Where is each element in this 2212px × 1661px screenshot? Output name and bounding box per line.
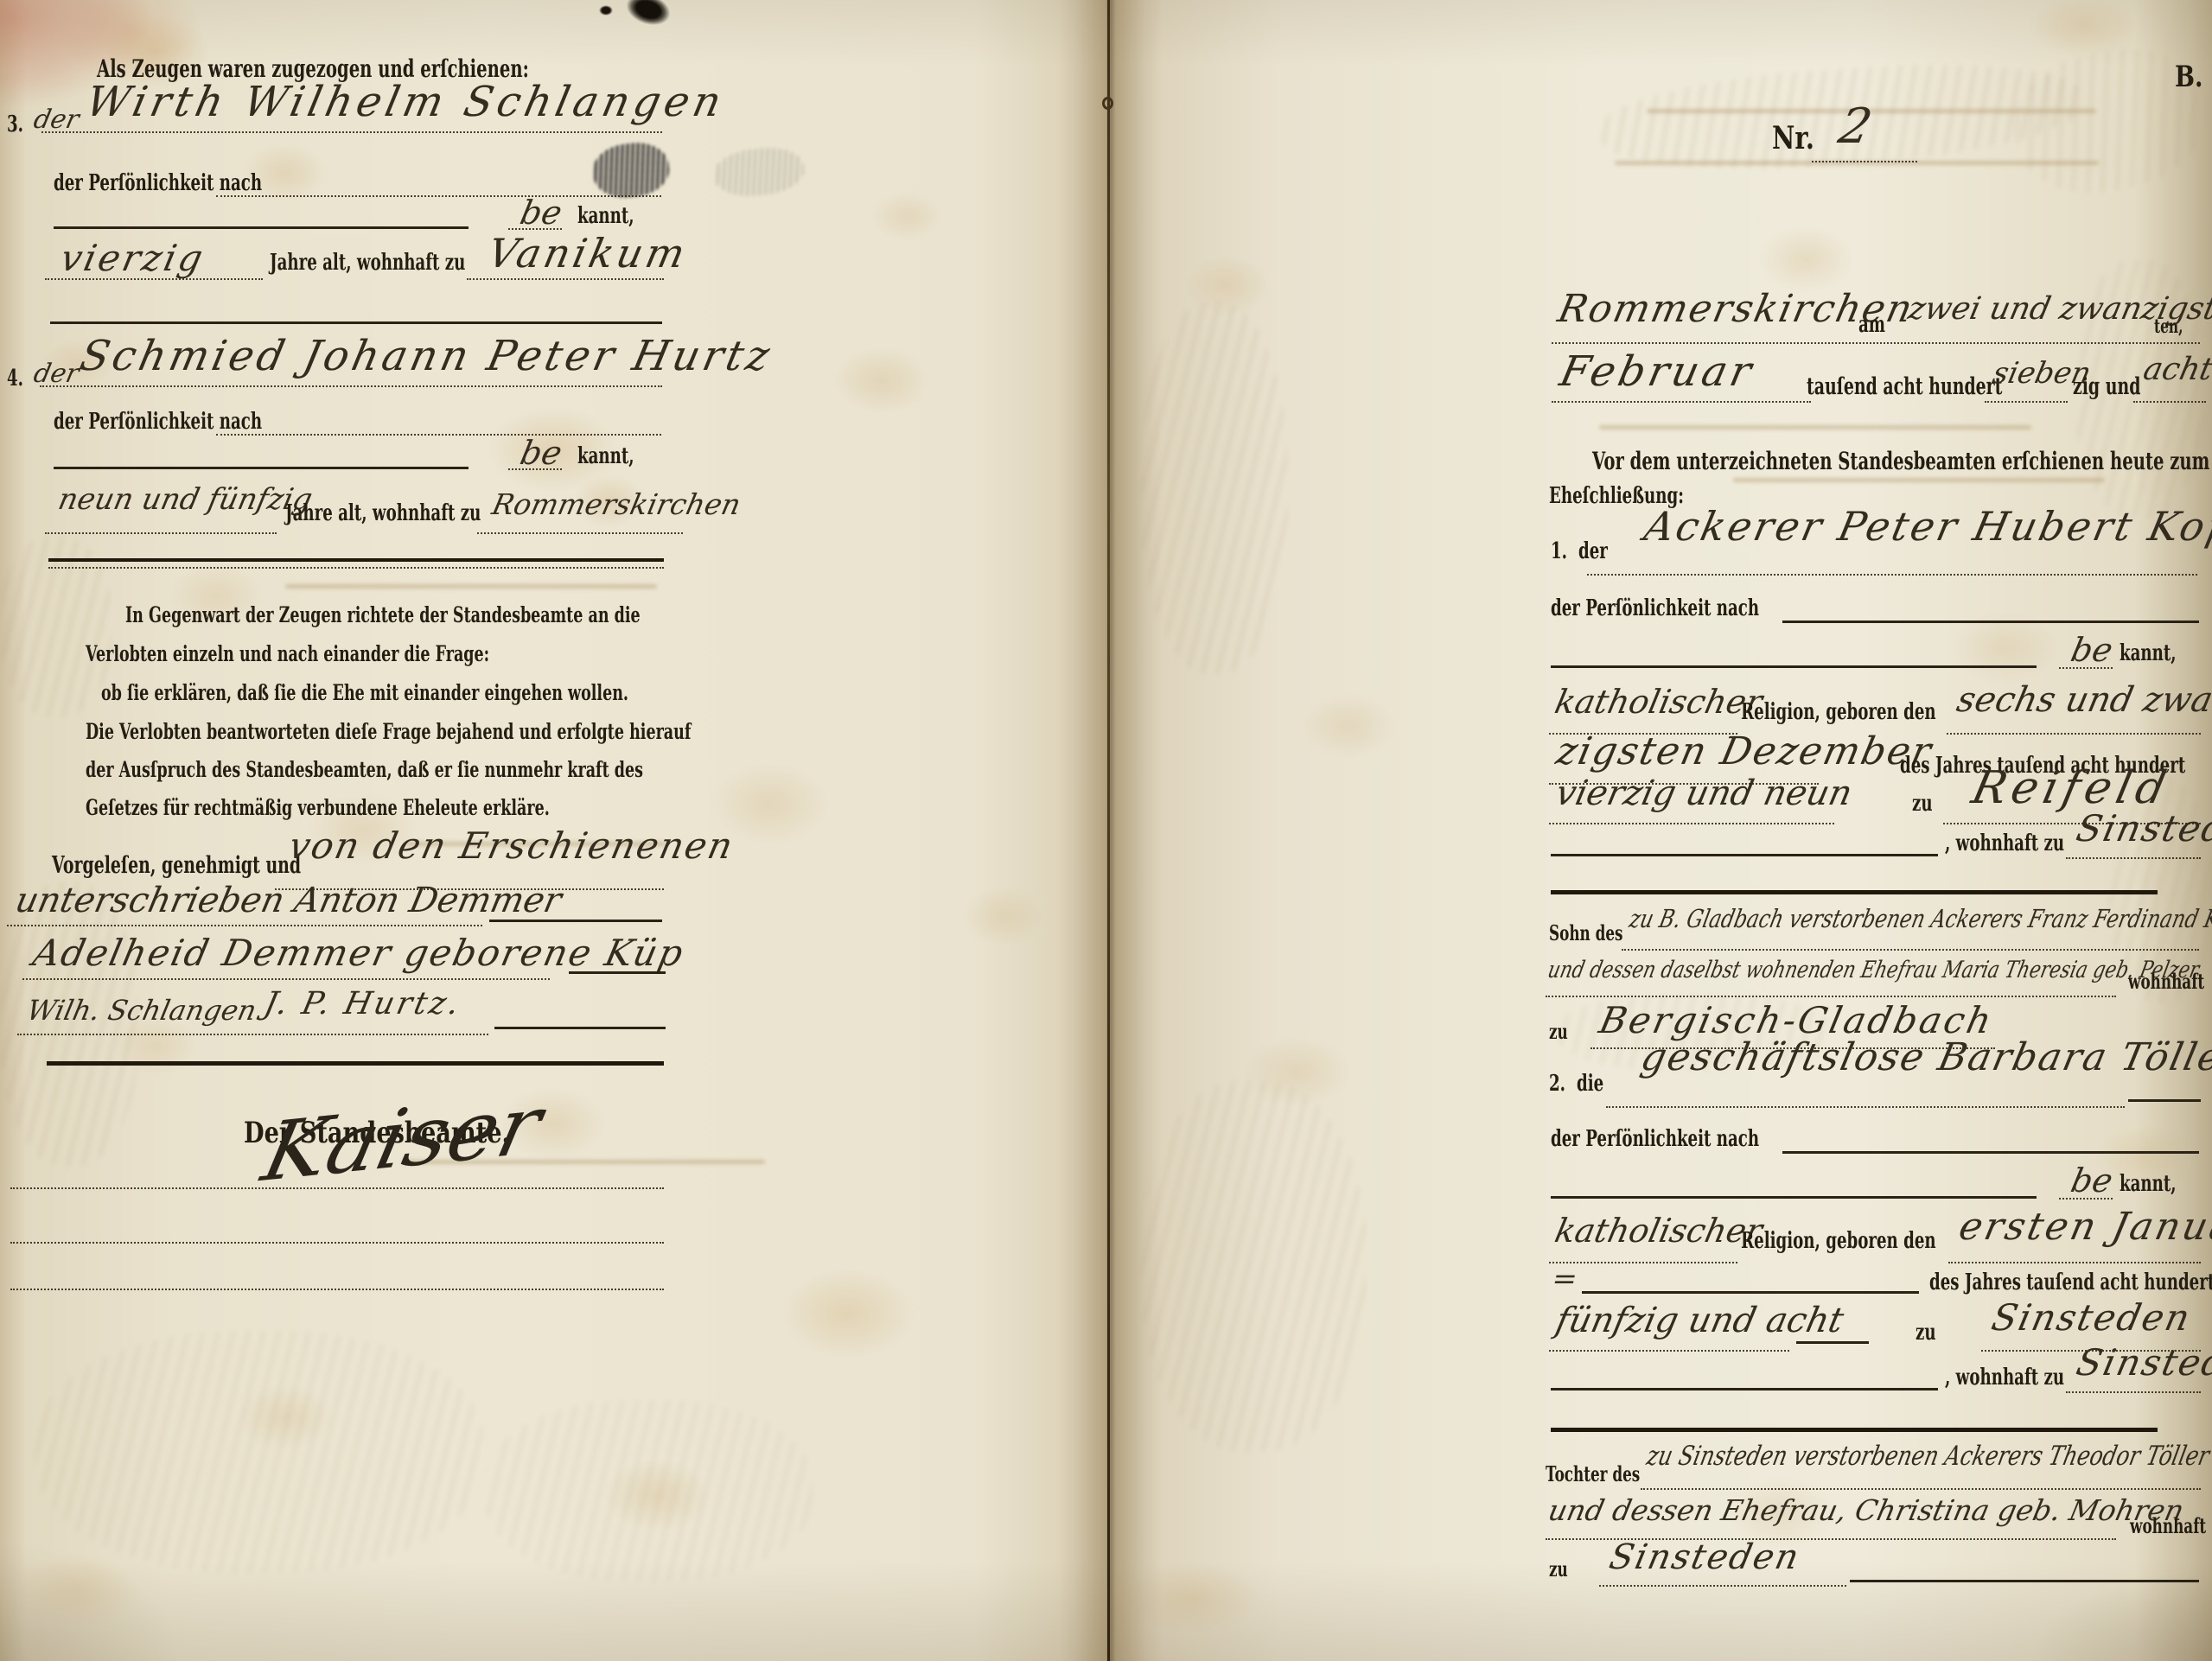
fill-line [2133, 401, 2206, 403]
witness-4-name: Schmied Johann Peter Hurtz [76, 334, 777, 379]
fill-line [1587, 574, 2197, 576]
fill-line [216, 195, 661, 197]
fill-line [7, 925, 482, 926]
bride-kannt: kannt, [2120, 1172, 2177, 1198]
closing-printed: Vorgeleſen, genehmigt und [52, 852, 301, 879]
groom-zu-label: zu [1912, 792, 1933, 818]
bride-lineage-line-2: und dessen Ehefrau, Christina geb. Mohre… [1546, 1495, 2187, 1526]
declaration-line: der Ausſpruch des Standesbeamten, daß er… [86, 758, 643, 783]
bleedthrough-ghost [484, 1400, 813, 1581]
bride-religion-label: Religion, geboren den [1741, 1229, 1936, 1255]
binding-thread [1107, 0, 1110, 1661]
bride-wohnhaft-label: wohnhaft [2130, 1514, 2206, 1538]
fill-line [10, 1187, 664, 1189]
witness-3-be: be [517, 195, 565, 232]
witness-3-name: Wirth Wilhelm Schlangen [82, 80, 730, 125]
groom-birth-day-1: sechs und zwan- [1954, 681, 2212, 719]
witness-4-identity-label: der Perſönlichkeit nach [54, 410, 262, 436]
am-label: am [1858, 313, 1885, 339]
groom-lineage-line-2: und dessen daselbst wohnenden Ehefrau Ma… [1546, 958, 2202, 983]
witness-3-residence: Vanikum [484, 232, 692, 276]
bride-article: die [1577, 1072, 1603, 1098]
groom-residence: Sinsteden [2073, 809, 2212, 849]
fill-line [1985, 401, 2068, 403]
fill-line [2066, 857, 2201, 859]
fill-line [1546, 996, 2116, 997]
declaration-line: Geſetzes für rechtmäßig verbundene Ehele… [86, 796, 550, 821]
zig-und-label: zig und [2073, 373, 2140, 400]
bride-birth-year-label: des Jahres tauſend acht hundert [1929, 1270, 2212, 1296]
fill-line [2059, 667, 2113, 669]
signature-wilh-schlangen: Wilh. Schlangen [24, 996, 259, 1026]
declaration-line: In Gegenwart der Zeugen richtete der Sta… [125, 603, 641, 628]
bleedthrough-line [1599, 425, 2031, 430]
section-rule [1551, 890, 2158, 894]
binding-thread-knot [1102, 97, 1113, 110]
blank-line [2128, 1099, 2201, 1102]
groom-article: der [1578, 539, 1608, 565]
fill-line [1812, 161, 1917, 162]
closing-handwritten: von den Erschienenen [285, 826, 737, 866]
fill-line [467, 278, 664, 280]
groom-identity-label: der Perſönlichkeit nach [1551, 596, 1759, 622]
witness-4-age: neun und fünfzig [55, 484, 315, 516]
blank-line [1850, 1580, 2199, 1582]
groom-birth-place: Reifeld [1967, 764, 2176, 813]
witness-3-age-residence-label: Jahre alt, wohnhaft zu [270, 251, 465, 277]
groom-residence-label: , wohnhaft zu [1945, 831, 2064, 857]
witness-3-age: vierzig [57, 239, 208, 278]
groom-number: 1. [1551, 539, 1567, 565]
bleedthrough-ghost [1141, 1080, 1366, 1452]
fill-line [1549, 823, 1834, 824]
blank-line [1551, 665, 2037, 668]
fill-line [45, 532, 277, 534]
fill-line [2066, 1391, 2201, 1393]
witness-3-kannt: kannt, [577, 204, 634, 230]
signature-jp-hurtz: J. P. Hurtz. [261, 987, 464, 1021]
filler-dash [1796, 1341, 1869, 1344]
fill-line [2059, 1198, 2113, 1200]
bride-residence: Sinsteden [2073, 1343, 2212, 1383]
fill-line [1606, 1106, 2125, 1108]
bride-name: geschäftslose Barbara Töller [1637, 1037, 2212, 1079]
fill-line [1552, 401, 1811, 403]
witness-4-residence: Rommerskirchen [489, 489, 743, 520]
declaration-line: ob ſie erklären, daß ſie die Ehe mit ein… [101, 681, 628, 706]
declaration-line: Verlobten einzeln und nach einander die … [86, 642, 489, 667]
groom-wohnhaft-label: wohnhaft [2128, 970, 2204, 994]
blank-line [1551, 854, 1938, 856]
groom-religion-label: Religion, geboren den [1741, 700, 1936, 726]
page-corner-label: B. [2175, 60, 2202, 94]
blank-line [494, 1027, 666, 1029]
declaration-line: Die Verlobten beantworteten dieſe Frage … [86, 720, 691, 745]
bride-residence-label: , wohnhaft zu [1945, 1365, 2064, 1391]
witness-4-be: be [517, 436, 565, 472]
bride-be: be [2068, 1163, 2116, 1200]
bride-number: 2. [1549, 1072, 1565, 1098]
bride-zu-label-2: zu [1549, 1557, 1568, 1581]
bleedthrough-ghost [0, 536, 112, 717]
section-rule [48, 558, 664, 562]
bleedthrough-ghost [1141, 302, 1288, 674]
bleedthrough-line [285, 584, 657, 589]
groom-lineage-label: Sohn des [1549, 921, 1623, 945]
fill-line [1552, 342, 2200, 344]
ink-smudge-echo [711, 144, 806, 200]
ink-blot [622, 0, 674, 30]
record-number-label: Nr. [1772, 121, 1814, 156]
fill-line [1947, 733, 2201, 735]
blank-line [54, 467, 469, 469]
groom-birth-year: vierzig und neun [1552, 774, 1856, 812]
book-gutter-shadow [1059, 0, 1163, 1661]
bleedthrough-line [1733, 478, 2105, 482]
blank-line [1582, 1291, 1919, 1294]
bride-parents-residence: Sinsteden [1606, 1538, 1804, 1576]
blank-line [569, 971, 666, 974]
closing-rule [47, 1061, 664, 1066]
groom-name: Ackerer Peter Hubert Kops [1641, 505, 2212, 549]
year-ones: acht [2140, 353, 2212, 387]
witness-4-article: der [31, 360, 81, 388]
fill-line [10, 1242, 664, 1244]
ink-smudge [590, 139, 673, 201]
bride-religion: katholischer [1552, 1213, 1765, 1250]
bride-identity-label: der Perſönlichkeit nach [1551, 1127, 1759, 1153]
groom-be: be [2068, 633, 2116, 669]
ten-label: ten, [2154, 316, 2183, 338]
ink-speck [599, 5, 613, 16]
fill-line [1549, 1350, 1789, 1352]
bride-zu-label: zu [1916, 1321, 1936, 1346]
fill-line [48, 567, 664, 569]
groom-religion: katholischer [1552, 684, 1765, 721]
fill-line [508, 468, 562, 470]
record-month: Februar [1556, 349, 1758, 395]
witness-3-identity-label: der Perſönlichkeit nach [54, 171, 262, 197]
fill-line [40, 385, 662, 387]
fill-line [477, 532, 683, 534]
section-rule [1551, 1428, 2158, 1432]
fill-line [1622, 949, 2199, 951]
fill-line [1641, 1488, 2201, 1490]
blank-line [1551, 1388, 1938, 1391]
blank-line [1782, 620, 2199, 623]
appearance-intro: Vor dem unterzeichneten Standesbeamten e… [1592, 448, 2212, 475]
registrar-signature: Kaiser [255, 1080, 549, 1198]
blank-line [1782, 1151, 2199, 1154]
blank-line [50, 321, 662, 324]
fill-line [216, 434, 661, 436]
fill-line [45, 278, 263, 280]
fill-line [10, 1289, 664, 1290]
blank-line [54, 226, 469, 229]
groom-zu-label-2: zu [1549, 1020, 1568, 1044]
witness-4-number: 4. [7, 366, 23, 392]
fill-line [17, 1034, 488, 1035]
bride-lineage-label: Tochter des [1546, 1462, 1640, 1486]
fill-line [1948, 1262, 2201, 1263]
bride-filler-mark: = [1549, 1263, 1580, 1295]
year-printed-label: tauſend acht hundert [1807, 373, 2002, 400]
fill-line [1599, 1585, 1846, 1587]
blank-line [489, 920, 662, 922]
signature-anton-demmer: unterschrieben Anton Demmer [12, 881, 564, 920]
registry-book-spread: Als Zeugen waren zugezogen und erſchiene… [0, 0, 2212, 1661]
witness-4-kannt: kannt, [577, 444, 634, 470]
bride-birth-day: ersten Januar [1955, 1206, 2212, 1248]
witness-4-age-residence-label: Jahre alt, wohnhaft zu [285, 501, 481, 527]
groom-kannt: kannt, [2120, 641, 2177, 667]
groom-lineage-line-1: zu B. Gladbach verstorbenen Ackerers Fra… [1627, 906, 2212, 933]
bride-birth-year: fünfzig und acht [1552, 1301, 1847, 1340]
groom-birth-day-2: zigsten Dezember [1552, 731, 1936, 773]
bride-birth-place: Sinsteden [1988, 1298, 2195, 1338]
bleedthrough-ghost [35, 1331, 484, 1573]
fill-line [22, 978, 550, 980]
witness-3-article: der [31, 105, 81, 134]
signature-adelheid-demmer: Adelheid Demmer geborene Küp [29, 933, 688, 973]
witness-3-number: 3. [7, 112, 23, 138]
fill-line [41, 131, 662, 133]
blank-line [1551, 1196, 2037, 1199]
bride-lineage-line-1: zu Sinsteden verstorbenen Ackerers Theod… [1644, 1441, 2212, 1471]
